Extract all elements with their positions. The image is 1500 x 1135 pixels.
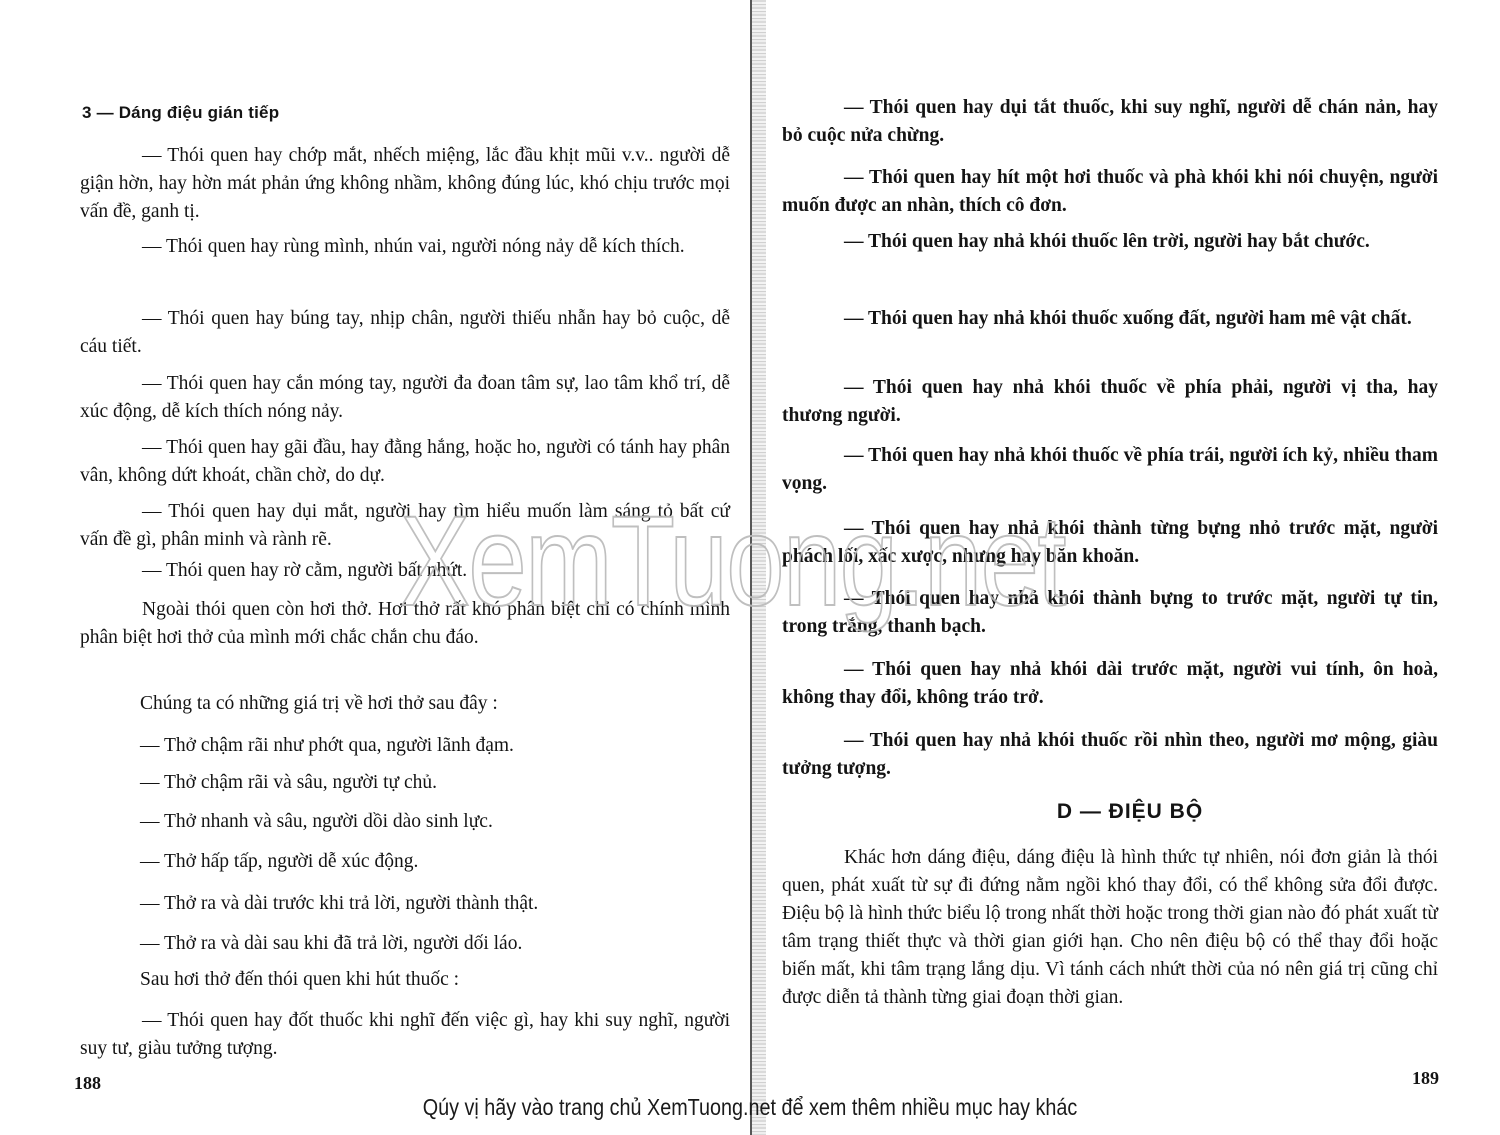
paragraph: — Thói quen hay nhả khói thành bựng to t…: [782, 585, 1438, 641]
paragraph: — Thói quen hay dụi tắt thuốc, khi suy n…: [782, 94, 1438, 150]
paragraph: — Thói quen hay nhả khói thành từng bựng…: [782, 515, 1438, 571]
paragraph-text: — Thói quen hay nhả khói thuốc xuống đất…: [782, 305, 1438, 333]
paragraph: — Thói quen hay chớp mắt, nhếch miệng, l…: [80, 142, 730, 226]
paragraph: — Thói quen hay đốt thuốc khi nghĩ đến v…: [80, 1007, 730, 1063]
paragraph-text: Ngoài thói quen còn hơi thở. Hơi thở rất…: [80, 596, 730, 652]
paragraph-text: Khác hơn dáng điệu, dáng điệu là hình th…: [782, 844, 1438, 1012]
paragraph-text: — Thói quen hay búng tay, nhịp chân, ngư…: [80, 305, 730, 361]
paragraph: Khác hơn dáng điệu, dáng điệu là hình th…: [782, 844, 1438, 1012]
smoking-intro: Sau hơi thở đến thói quen khi hút thuốc …: [140, 966, 459, 994]
paragraph: — Thói quen hay nhả khói thuốc về phía p…: [782, 374, 1438, 430]
paragraph-text: — Thói quen hay nhả khói thuốc lên trời,…: [782, 228, 1438, 256]
paragraph-text: — Thói quen hay chớp mắt, nhếch miệng, l…: [80, 142, 730, 226]
paragraph-text: — Thói quen hay nhả khói thuốc về phía t…: [782, 442, 1438, 498]
paragraph-text: — Thói quen hay nhả khói thuốc rồi nhìn …: [782, 727, 1438, 783]
paragraph-text: — Thói quen hay nhả khói thành từng bựng…: [782, 515, 1438, 571]
paragraph-text: — Thói quen hay nhả khói thành bựng to t…: [782, 585, 1438, 641]
paragraph-text: — Thói quen hay gãi đầu, hay đằng hắng, …: [80, 434, 730, 490]
paragraph-text: — Thói quen hay nhả khói thuốc về phía p…: [782, 374, 1438, 430]
paragraph: — Thói quen hay dụi mắt, người hay tìm h…: [80, 498, 730, 554]
paragraph-text: — Thói quen hay cắn móng tay, người đa đ…: [80, 370, 730, 426]
paragraph: Ngoài thói quen còn hơi thở. Hơi thở rất…: [80, 596, 730, 652]
book-spread: 3 — Dáng điệu gián tiếp — Thói quen hay …: [0, 0, 1500, 1135]
breath-item: — Thở hấp tấp, người dễ xúc động.: [140, 848, 418, 876]
page-number-left: 188: [74, 1073, 101, 1094]
paragraph: — Thói quen hay gãi đầu, hay đằng hắng, …: [80, 434, 730, 490]
paragraph: — Thói quen hay nhả khói dài trước mặt, …: [782, 656, 1438, 712]
left-page: 3 — Dáng điệu gián tiếp — Thói quen hay …: [0, 0, 755, 1135]
section-heading-dieu-bo: D — ĐIỆU BỘ: [760, 800, 1500, 824]
paragraph-text: — Thói quen hay rùng mình, nhún vai, ngư…: [80, 233, 730, 261]
paragraph-text: — Thói quen hay rờ cằm, người bất nhứt.: [80, 557, 730, 585]
breath-intro: Chúng ta có những giá trị về hơi thở sau…: [140, 690, 498, 718]
paragraph: — Thói quen hay nhả khói thuốc lên trời,…: [782, 228, 1438, 256]
paragraph: — Thói quen hay nhả khói thuốc xuống đất…: [782, 305, 1438, 333]
paragraph-text: — Thói quen hay dụi mắt, người hay tìm h…: [80, 498, 730, 554]
paragraph: — Thói quen hay nhả khói thuốc rồi nhìn …: [782, 727, 1438, 783]
paragraph: — Thói quen hay hít một hơi thuốc và phà…: [782, 164, 1438, 220]
paragraph-text: — Thói quen hay dụi tắt thuốc, khi suy n…: [782, 94, 1438, 150]
footer-banner-link[interactable]: Qúy vị hãy vào trang chủ XemTuong.net để…: [105, 1094, 1395, 1121]
paragraph-text: — Thói quen hay hít một hơi thuốc và phà…: [782, 164, 1438, 220]
paragraph: — Thói quen hay rùng mình, nhún vai, ngư…: [80, 233, 730, 261]
paragraph: — Thói quen hay rờ cằm, người bất nhứt.: [80, 557, 730, 585]
paragraph-text: — Thói quen hay đốt thuốc khi nghĩ đến v…: [80, 1007, 730, 1063]
breath-item: — Thở nhanh và sâu, người dồi dào sinh l…: [140, 808, 493, 836]
section-heading-indirect-posture: 3 — Dáng điệu gián tiếp: [82, 103, 279, 123]
breath-item: — Thở chậm rãi và sâu, người tự chủ.: [140, 769, 437, 797]
paragraph-text: — Thói quen hay nhả khói dài trước mặt, …: [782, 656, 1438, 712]
page-number-right: 189: [1412, 1068, 1439, 1089]
paragraph: — Thói quen hay nhả khói thuốc về phía t…: [782, 442, 1438, 498]
breath-item: — Thở ra và dài trước khi trả lời, người…: [140, 890, 538, 918]
breath-item: — Thở ra và dài sau khi đã trả lời, ngườ…: [140, 930, 522, 958]
paragraph: — Thói quen hay búng tay, nhịp chân, ngư…: [80, 305, 730, 361]
paragraph: — Thói quen hay cắn móng tay, người đa đ…: [80, 370, 730, 426]
breath-item: — Thở chậm rãi như phớt qua, người lãnh …: [140, 732, 514, 760]
